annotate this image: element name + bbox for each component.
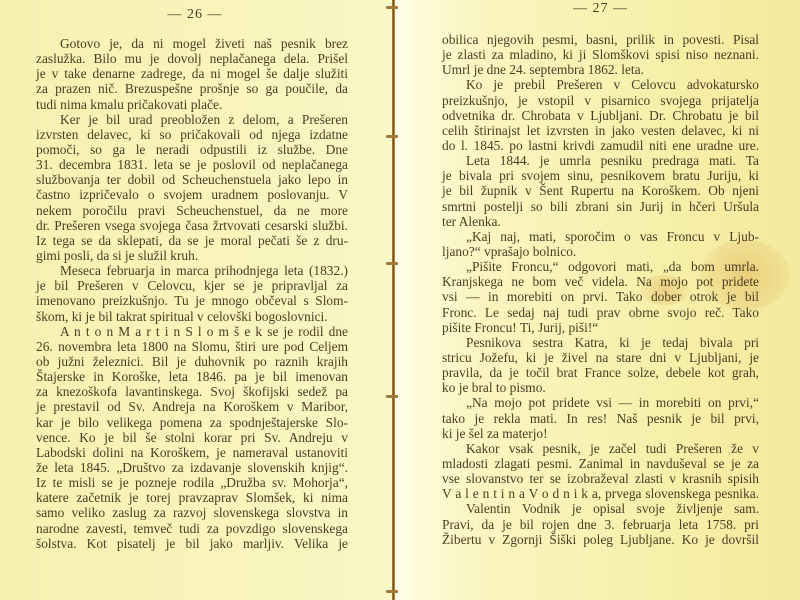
text-line: odvetnika dr. Chrobata v Ljubljani. Dr. … bbox=[442, 108, 759, 123]
text-line: je zlasti za mladino, ki ji Slomškovi sp… bbox=[442, 47, 759, 62]
text-line: Meseca februarja in marca prihodnjega le… bbox=[36, 263, 348, 278]
text-line: V a l e n t i n a V o d n i k a, prvega … bbox=[442, 486, 759, 501]
text-line: stricu Jožefu, ki je živel na stare dni … bbox=[442, 350, 759, 365]
text-line: škom, ki je bil takrat spiritual v celov… bbox=[36, 309, 348, 324]
text-line: Iz tega se da sklepati, da se je moral p… bbox=[36, 233, 348, 248]
text-line: je bil Prešeren v Celovcu, kjer se je pr… bbox=[36, 278, 348, 293]
text-line: kar je bilo velikega pomena za spodnješt… bbox=[36, 415, 348, 430]
text-line: nekem poročilu pravi Scheuchenstuel, da … bbox=[36, 203, 348, 218]
text-line: celih štirinajst let izvrsten in jako ve… bbox=[442, 123, 759, 138]
binding-stitch bbox=[386, 395, 398, 398]
text-line: Iz te misli se je pozneje rodila „Družba… bbox=[36, 475, 348, 490]
text-line: ob južni železnici. Bil je duhovnik po r… bbox=[36, 354, 348, 369]
binding-stitch bbox=[386, 262, 398, 265]
text-line: šolstva. Kot pisatelj je bil jako marlji… bbox=[36, 536, 348, 551]
text-line: Pravi, da je bil rojen dne 3. februarja … bbox=[442, 517, 759, 532]
text-line: Leta 1844. je umrla pesniku predraga mat… bbox=[442, 153, 759, 168]
binding-stitch bbox=[386, 6, 398, 9]
text-line: mladosti zlagati pesmi. Zanimal in navdu… bbox=[442, 456, 759, 471]
text-line: Gotovo je, da ni mogel živeti naš pesnik… bbox=[36, 36, 348, 51]
text-line: „Kaj naj, mati, sporočim o vas Froncu v … bbox=[442, 229, 759, 244]
text-line: „Pišite Froncu,“ odgovori mati, „da bom … bbox=[442, 259, 759, 274]
text-line: dr. Prešeren vsega svojega časa žrtvovat… bbox=[36, 218, 348, 233]
text-line: tako je rekla mati. In res! Naš pesnik j… bbox=[442, 411, 759, 426]
text-line: je bil župnik v Šent Rupertu na Koroškem… bbox=[442, 183, 759, 198]
text-line: imenovano preizkušnjo. Tu je mnogo občev… bbox=[36, 293, 348, 308]
text-line: „Na mojo pot pridete vsi — in morebiti o… bbox=[442, 395, 759, 410]
text-line: pomoči, so ga le neradi odpustili iz slu… bbox=[36, 142, 348, 157]
text-line: 31. decembra 1831. leta se je poslovil o… bbox=[36, 157, 348, 172]
text-line: smrtni postelji so bili zbrani sin Jurij… bbox=[442, 199, 759, 214]
text-line: vsi — in morebiti on prvi. Tako dober ot… bbox=[442, 289, 759, 304]
text-line: za prazen nič. Brezuspešne prošnje so ga… bbox=[36, 81, 348, 96]
text-line: službovanja ter dobil od Scheuchenstuela… bbox=[36, 172, 348, 187]
text-line: ko je bral to pismo. bbox=[442, 380, 759, 395]
text-line: Labodski dolini na Koroškem, je namerava… bbox=[36, 445, 348, 460]
page-text: Gotovo je, da ni mogel živeti naš pesnik… bbox=[36, 36, 348, 551]
text-line: gimi posli, da si je služil kruh. bbox=[36, 248, 348, 263]
text-line: do l. 1845. po lastni krivdi zamudil nit… bbox=[442, 138, 759, 153]
text-line: katere začetnik je torej pravzaprav Slom… bbox=[36, 490, 348, 505]
text-line: vence. Ko je bil še stolni korar pri Sv.… bbox=[36, 430, 348, 445]
text-line: Kranjskega ne bom več videla. Na mojo po… bbox=[442, 274, 759, 289]
text-line: Pesnikova sestra Katra, ki je tedaj biva… bbox=[442, 335, 759, 350]
text-line: ljano?“ vprašajo bolnico. bbox=[442, 244, 759, 259]
text-line: pišite Froncu! Ti, Jurij, piši!“ bbox=[442, 320, 759, 335]
text-line: 26. novembra leta 1800 na Slomu, štiri u… bbox=[36, 339, 348, 354]
text-line: za knezoškofa lavantinskega. Svoj škofij… bbox=[36, 384, 348, 399]
left-page: — 26 — Gotovo je, da ni mogel živeti naš… bbox=[36, 0, 348, 551]
spine-highlight bbox=[395, 0, 413, 600]
binding-stitch bbox=[386, 135, 398, 138]
text-line: je bivala pri svojem sinu, pesnikovem br… bbox=[442, 168, 759, 183]
text-line: častno izpričevalo o svojem uradnem posl… bbox=[36, 187, 348, 202]
text-line: je v take denarne zadrege, da ni mogel š… bbox=[36, 66, 348, 81]
text-line: ki je šel za materjo! bbox=[442, 426, 759, 441]
text-line: samo veliko zaslug za razvoj slovenskega… bbox=[36, 505, 348, 520]
text-line: zaslužka. Bilo mu je dovolj neplačanega … bbox=[36, 51, 348, 66]
text-line: A n t o n M a r t i n S l o m š e k se j… bbox=[36, 324, 348, 339]
text-line: pravila, da je točil brat France solze, … bbox=[442, 365, 759, 380]
text-line: Valentin Vodnik je opisal svoje življenj… bbox=[442, 501, 759, 516]
text-line: Ker je bil urad preobložen z delom, a Pr… bbox=[36, 112, 348, 127]
text-line: Umrl je dne 24. septembra 1862. leta. bbox=[442, 62, 759, 77]
text-line: je prestavil od Sv. Andreja na Koroškem … bbox=[36, 399, 348, 414]
page-text: obilica njegovih pesmi, basni, prilik in… bbox=[442, 32, 759, 547]
page-number: — 26 — bbox=[36, 6, 348, 24]
text-line: narodne zavesti, temveč tudi za povzdigo… bbox=[36, 521, 348, 536]
text-line: izvrsten delavec, ki so pričakovali od n… bbox=[36, 127, 348, 142]
text-line: Ko je prebil Prešeren v Celovcu advokatu… bbox=[442, 77, 759, 92]
text-line: že leta 1845. „Društvo za izdavanje slov… bbox=[36, 460, 348, 475]
text-line: obilica njegovih pesmi, basni, prilik in… bbox=[442, 32, 759, 47]
binding-stitch bbox=[386, 590, 398, 593]
text-line: Žibertu v Zgornji Šiški poleg Ljubljane.… bbox=[442, 532, 759, 547]
text-line: preizkušnjo, je vstopil v pisarnico svoj… bbox=[442, 93, 759, 108]
text-line: ter Alenka. bbox=[442, 214, 759, 229]
text-line: vse slovanstvo ter se izobraževal zlasti… bbox=[442, 471, 759, 486]
text-line: Fronc. Le sedaj naj tudi prav obrne svoj… bbox=[442, 305, 759, 320]
right-page: — 27 — obilica njegovih pesmi, basni, pr… bbox=[442, 0, 759, 547]
text-line: Kakor vsak pesnik, je začel tudi Prešere… bbox=[442, 441, 759, 456]
text-line: tudi nima kmalu pričakovati plače. bbox=[36, 97, 348, 112]
text-line: Štajerske in Koroške, leta 1846. pa je b… bbox=[36, 369, 348, 384]
page-number: — 27 — bbox=[442, 0, 759, 18]
